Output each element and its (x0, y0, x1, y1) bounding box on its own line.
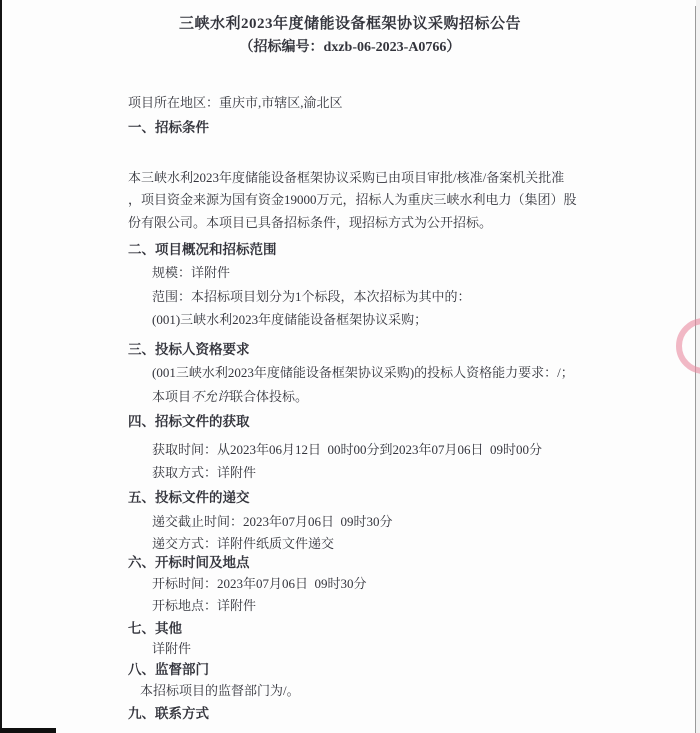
section-1-paragraph-line-3: 份有限公司。本项目已具备招标条件，现招标方式为公开招标。 (128, 212, 492, 231)
page-title: 三峡水利2023年度储能设备框架协议采购招标公告 (0, 12, 700, 33)
red-seal-arc (676, 318, 700, 374)
scan-left-edge-line (0, 0, 2, 733)
section-9-heading: 九、联系方式 (128, 702, 209, 722)
section-3-heading: 三、投标人资格要求 (128, 338, 250, 358)
section-7-heading: 七、其他 (128, 617, 182, 637)
section-5-heading: 五、投标文件的递交 (128, 486, 250, 506)
section-4-heading: 四、招标文件的获取 (128, 410, 250, 430)
section-1-heading: 一、招标条件 (128, 116, 209, 136)
section-8-detail: 本招标项目的监督部门为/。 (140, 680, 300, 699)
section-1-paragraph-line-2: ，项目资金来源为国有资金19000万元，招标人为重庆三峡水利电力（集团）股 (128, 189, 577, 208)
section-4-method: 获取方式：详附件 (152, 462, 256, 481)
section-1-paragraph-line-1: 本三峡水利2023年度储能设备框架协议采购已由项目审批/核准/备案机关批准 (128, 167, 564, 186)
section-6-heading: 六、开标时间及地点 (128, 551, 250, 571)
document-page: 三峡水利2023年度储能设备框架协议采购招标公告 （招标编号：dxzb-06-2… (0, 0, 700, 733)
consortium-not-allowed: 不允许 (191, 389, 230, 404)
section-8-heading: 八、监督部门 (128, 658, 209, 678)
section-4-time: 获取时间：从2023年06月12日 00时00分到2023年07月06日 09时… (152, 439, 542, 458)
consortium-prefix: 本项目 (152, 389, 191, 404)
scan-bottom-left-mark (0, 728, 56, 733)
consortium-suffix: 联合体投标。 (230, 389, 308, 404)
section-2-scale: 规模：详附件 (152, 262, 230, 281)
tender-number: （招标编号：dxzb-06-2023-A0766） (0, 36, 700, 56)
section-3-consortium: 本项目不允许联合体投标。 (152, 386, 308, 405)
project-location: 项目所在地区：重庆市,市辖区,渝北区 (128, 92, 343, 111)
section-5-method: 递交方式：详附件纸质文件递交 (152, 533, 334, 552)
section-2-lot: (001)三峡水利2023年度储能设备框架协议采购； (152, 309, 427, 328)
section-3-requirement: (001三峡水利2023年度储能设备框架协议采购)的投标人资格能力要求：/； (152, 362, 574, 381)
section-5-deadline: 递交截止时间：2023年07月06日 09时30分 (152, 511, 393, 530)
section-2-scope: 范围：本招标项目划分为1个标段，本次招标为其中的： (152, 286, 471, 305)
section-6-place: 开标地点：详附件 (152, 595, 256, 614)
section-2-heading: 二、项目概况和招标范围 (128, 238, 277, 258)
section-6-time: 开标时间：2023年07月06日 09时30分 (152, 573, 367, 592)
section-7-detail: 详附件 (152, 638, 191, 657)
